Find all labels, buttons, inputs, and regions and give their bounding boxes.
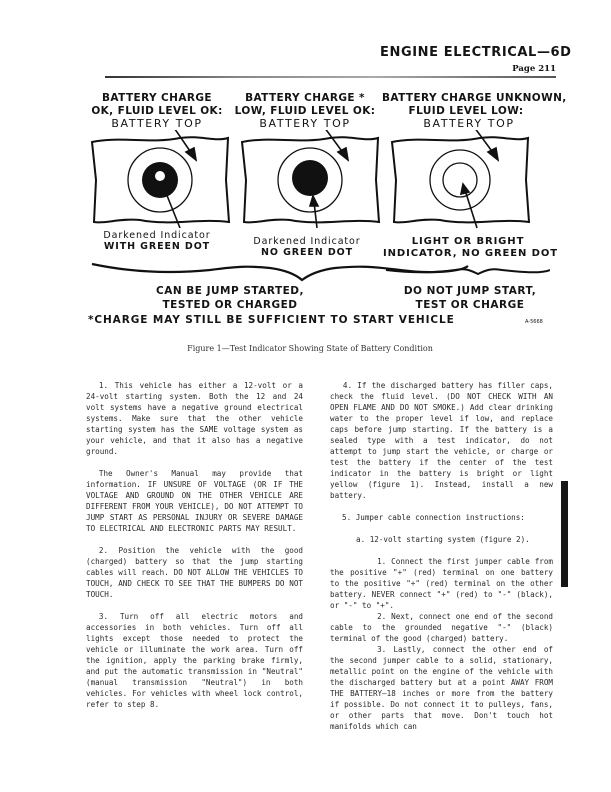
outcome-do-not-jump: DO NOT JUMP START, TEST OR CHARGE [395,284,545,312]
panel-1-indicator-line1: Darkened Indicator [82,230,232,241]
outcome-do-not-jump-line2: TEST OR CHARGE [395,298,545,312]
outcome-can-jump-line2: TESTED OR CHARGED [150,298,310,312]
light-indicator-3 [443,163,477,197]
section-title: ENGINE ELECTRICAL—6D [380,45,556,60]
paragraph-step-1: 1. This vehicle has either a 12-volt or … [86,380,303,457]
darkened-indicator-2 [292,160,328,196]
panel-3-heading: BATTERY CHARGE UNKNOWN, FLUID LEVEL LOW: [382,92,550,118]
paragraph-step-4: 4. If the discharged battery has filler … [330,380,553,501]
panel-2-heading-line1: BATTERY CHARGE * [232,92,378,105]
figure-id: A-5668 [525,319,543,325]
outcome-do-not-jump-line1: DO NOT JUMP START, [395,284,545,298]
panel-2-indicator-line2: NO GREEN DOT [232,247,382,258]
section-thumb-tab [561,481,568,587]
outcome-can-jump: CAN BE JUMP STARTED, TESTED OR CHARGED [150,284,310,312]
paragraph-step-5: 5. Jumper cable connection instructions: [330,512,553,523]
brace-right [386,269,550,274]
battery-indicator-illustration [80,130,555,230]
paragraph-step-3: 3. Turn off all electric motors and acce… [86,611,303,710]
panel-2-heading: BATTERY CHARGE * LOW, FLUID LEVEL OK: [232,92,378,118]
panel-1-indicator-label: Darkened Indicator WITH GREEN DOT [82,230,232,252]
panel-2-indicator-label: Darkened Indicator NO GREEN DOT [232,236,382,258]
panel-2-top-label: BATTERY TOP [232,117,378,130]
grouping-braces [90,260,550,284]
panel-3-heading-line1: BATTERY CHARGE UNKNOWN, [382,92,550,105]
panel-3-top-label: BATTERY TOP [385,117,553,130]
panel-1-heading-line1: BATTERY CHARGE [82,92,232,105]
outcome-can-jump-line1: CAN BE JUMP STARTED, [150,284,310,298]
panel-3-indicator-line2: INDICATOR, NO GREEN DOT [383,248,553,260]
figure-footnote: *CHARGE MAY STILL BE SUFFICIENT TO START… [88,314,455,326]
paragraph-substep-3: 3. Lastly, connect the other end of the … [330,644,553,732]
green-dot-1 [155,171,165,181]
panel-1-indicator-line2: WITH GREEN DOT [82,241,232,252]
paragraph-substep-2: 2. Next, connect one end of the second c… [330,611,553,644]
panel-1-heading: BATTERY CHARGE OK, FLUID LEVEL OK: [82,92,232,118]
page-number: Page 211 [460,64,556,74]
paragraph-step-2: 2. Position the vehicle with the good (c… [86,545,303,600]
right-column: 4. If the discharged battery has filler … [330,380,553,732]
panel-3-indicator-label: LIGHT OR BRIGHT INDICATOR, NO GREEN DOT [383,236,553,260]
panel-1-top-label: BATTERY TOP [82,117,232,130]
panel-2-indicator-line1: Darkened Indicator [232,236,382,247]
paragraph-owners-manual-warning: The Owner's Manual may provide that info… [86,468,303,534]
header-rule [105,76,556,78]
paragraph-step-5a: a. 12-volt starting system (figure 2). [330,534,553,545]
figure-caption: Figure 1—Test Indicator Showing State of… [60,344,560,353]
indicator-ring-3 [430,150,490,210]
left-column: 1. This vehicle has either a 12-volt or … [86,380,303,710]
panel-3-indicator-line1: LIGHT OR BRIGHT [383,236,553,248]
paragraph-substep-1: 1. Connect the first jumper cable from t… [330,556,553,611]
